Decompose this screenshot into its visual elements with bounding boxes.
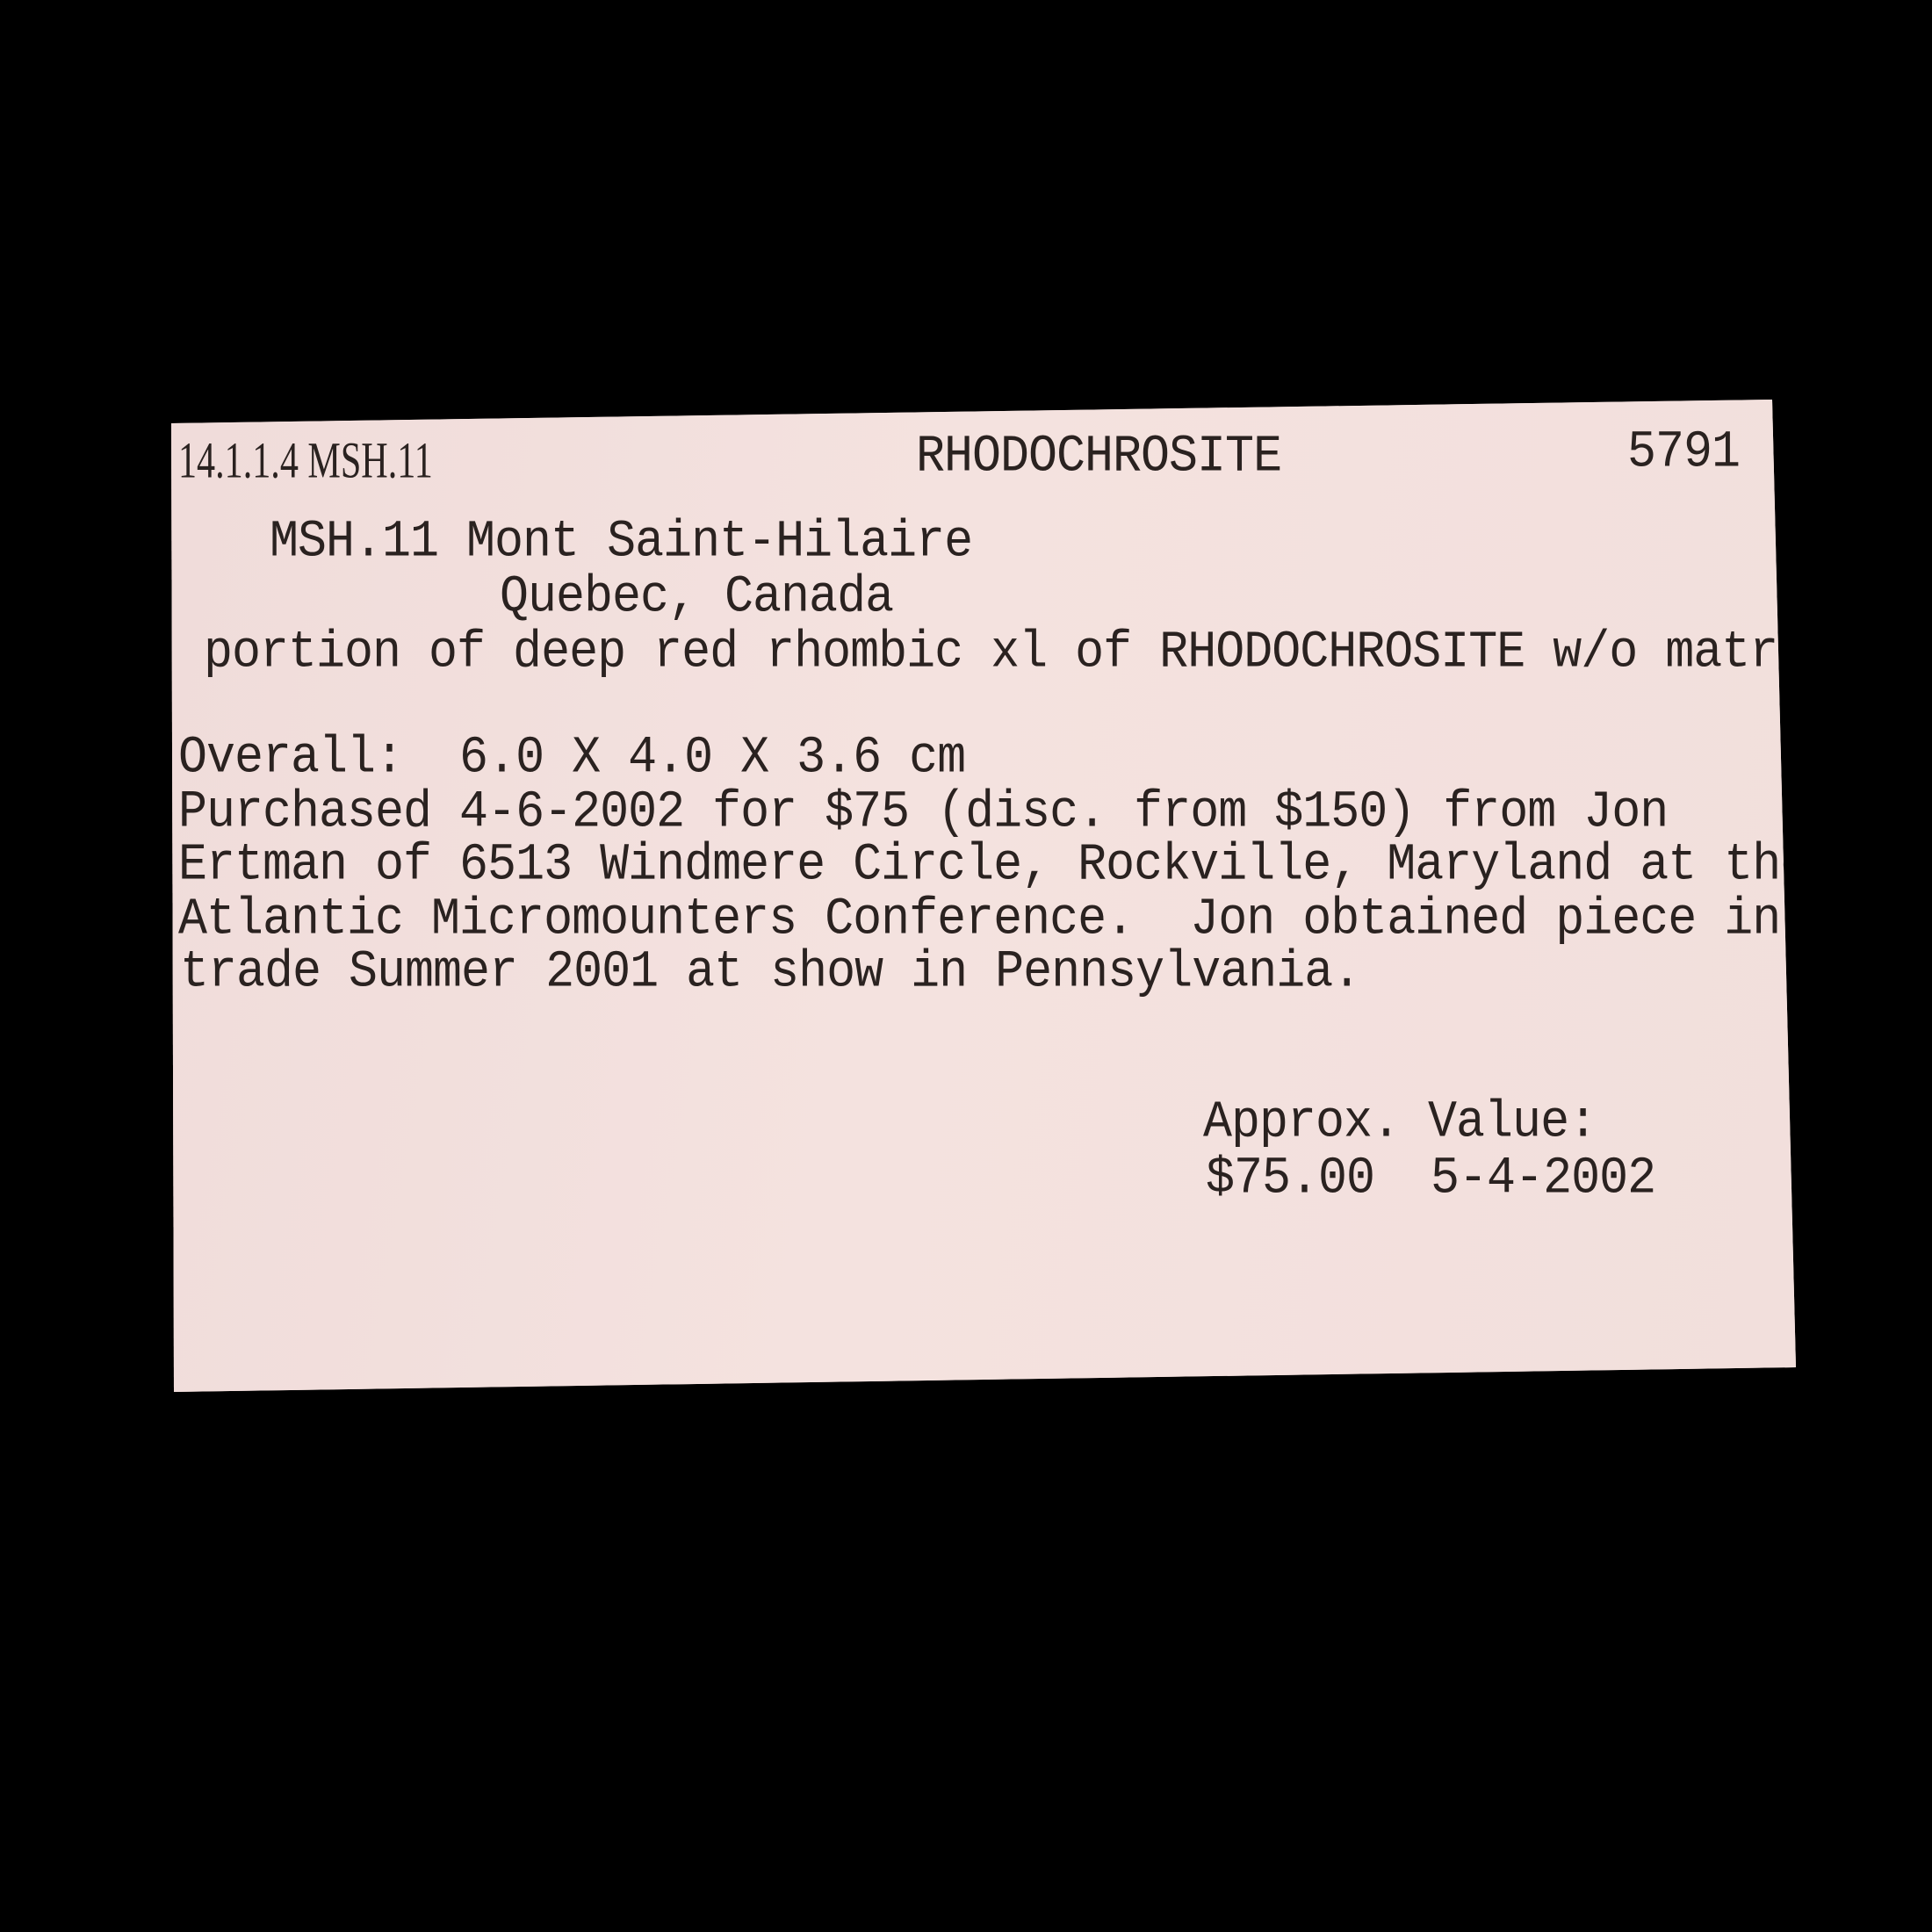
specimen-description: portion of deep red rhombic xl of RHODOC… — [204, 626, 1834, 678]
approx-value-amount-date: $75.00 5-4-2002 — [1206, 1152, 1655, 1204]
provenance-line: trade Summer 2001 at show in Pennsylvani… — [180, 946, 1360, 998]
catalog-code: 14.1.1.4 MSH.11 — [178, 435, 433, 486]
dimensions: Overall: 6.0 X 4.0 X 3.6 cm — [178, 732, 965, 783]
provenance-line: Ertman of 6513 Windmere Circle, Rockvill… — [178, 839, 1808, 890]
mineral-name: RHODOCHROSITE — [916, 430, 1281, 482]
locality-line-2: Quebec, Canada — [500, 571, 893, 623]
approx-value-label: Approx. Value: — [1203, 1096, 1597, 1148]
provenance-line: Atlantic Micromounters Conference. Jon o… — [178, 893, 1780, 945]
provenance-line: Purchased 4-6-2002 for $75 (disc. from $… — [178, 786, 1668, 838]
specimen-number: 5791 — [1627, 426, 1740, 478]
locality-line-1: MSH.11 Mont Saint-Hilaire — [270, 515, 972, 567]
specimen-label-card: 14.1.1.4 MSH.11 RHODOCHROSITE 5791 MSH.1… — [171, 400, 1796, 1392]
